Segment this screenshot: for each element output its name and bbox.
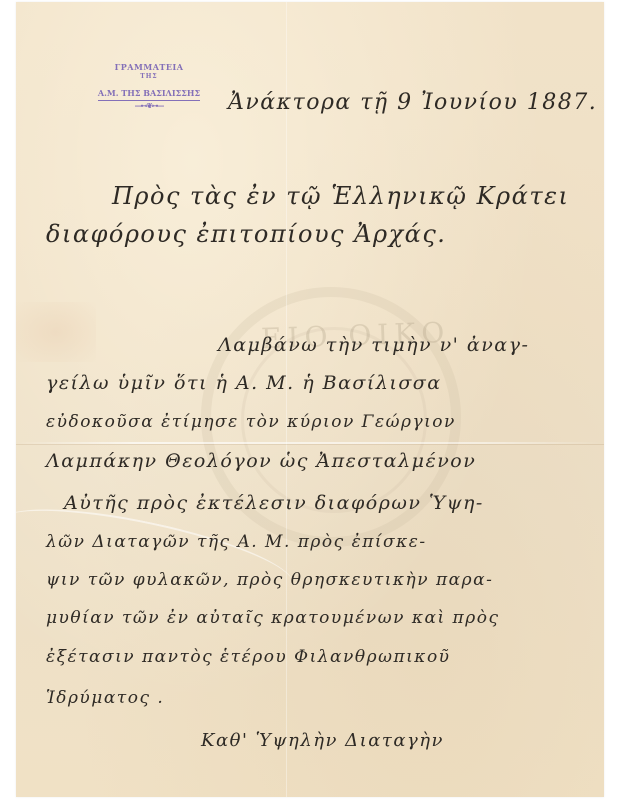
- letter-page: ΕΙΟ ΟΙΚΟ ΓΡΑΜΜΑΤΕΙΑ ΤΗΣ Α.Μ. ΤΗΣ ΒΑΣΙΛΙΣ…: [16, 2, 604, 797]
- body-line-7: ψιν τῶν φυλακῶν, πρὸς θρησκευτικὴν παρα-: [46, 570, 493, 590]
- body-line-4: Λαμπάκην Θεολόγον ὡς Ἀπεσταλμένον: [46, 450, 476, 472]
- body-line-6: λῶν Διαταγῶν τῆς Α. Μ. πρὸς ἐπίσκε-: [46, 532, 427, 552]
- body-line-9: ἐξέτασιν παντὸς ἑτέρου Φιλανθρωπικοῦ: [46, 647, 451, 667]
- body-line-1: Λαμβάνω τὴν τιμὴν ν' ἀναγ-: [218, 334, 529, 356]
- address-line-2: διαφόρους ἐπιτοπίους Ἀρχάς.: [46, 220, 446, 248]
- paper-stain: [16, 302, 96, 362]
- place-and-date: Ἀνάκτορα τῇ 9 Ἰουνίου 1887.: [228, 90, 597, 115]
- stamp-line-1: ΓΡΑΜΜΑΤΕΙΑ: [79, 62, 219, 72]
- body-line-10: Ἱδρύματος .: [46, 688, 164, 708]
- stamp-ornament-icon: —⊷❦⊶—: [79, 101, 219, 111]
- body-line-2: γείλω ὑμῖν ὅτι ἡ Α. Μ. ἡ Βασίλισσα: [46, 372, 442, 394]
- closing-formula: Καθ' Ὑψηλὴν Διαταγὴν: [201, 730, 444, 751]
- address-line-1: Πρὸς τὰς ἐν τῷ Ἑλληνικῷ Κράτει: [112, 182, 569, 210]
- horizontal-fold-shadow: [16, 444, 604, 445]
- secretariat-stamp: ΓΡΑΜΜΑΤΕΙΑ ΤΗΣ Α.Μ. ΤΗΣ ΒΑΣΙΛΙΣΣΗΣ —⊷❦⊶—: [79, 62, 219, 111]
- body-line-8: μυθίαν τῶν ἐν αὐταῖς κρατουμένων καὶ πρὸ…: [46, 608, 499, 628]
- stamp-line-3: Α.Μ. ΤΗΣ ΒΑΣΙΛΙΣΣΗΣ: [98, 87, 200, 101]
- body-line-3: εὐδοκοῦσα ἐτίμησε τὸν κύριον Γεώργιον: [46, 412, 456, 432]
- stamp-line-2: ΤΗΣ: [79, 72, 219, 81]
- body-line-5: Αὐτῆς πρὸς ἐκτέλεσιν διαφόρων Ὑψη-: [64, 492, 484, 514]
- vertical-fold-line: [286, 2, 287, 797]
